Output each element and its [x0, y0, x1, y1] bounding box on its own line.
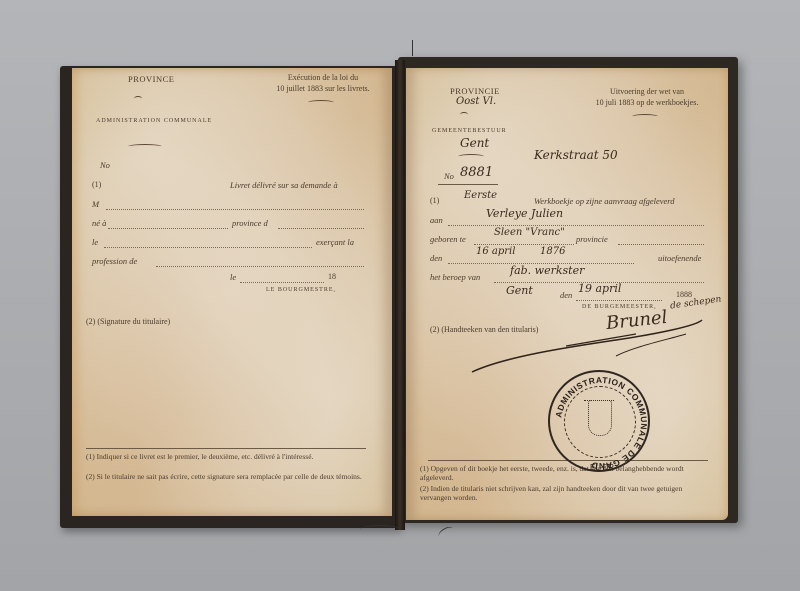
profession-field[interactable] [156, 266, 364, 267]
name-field[interactable] [448, 225, 704, 226]
province-field-label: provincie [576, 234, 608, 244]
flourish-ornament [632, 114, 658, 119]
ordinal-value: Eerste [464, 190, 497, 201]
mayor-label: LE BOURGMESTRE, [266, 287, 336, 293]
profession-label: het beroep van [430, 272, 480, 282]
footnote-marker-1: (1) [92, 180, 101, 189]
number-underline [438, 184, 498, 185]
province-field-label: province d [232, 218, 268, 228]
stamp-text-ring: ADMINISTRATION COMMUNALE DE GAND EL-DR [550, 372, 652, 474]
issue-date-value: 19 april [578, 282, 621, 295]
loose-thread [412, 40, 414, 56]
footnote-2: (2) Indien de titularis niet schrijven k… [420, 484, 712, 502]
svg-text:ADMINISTRATION COMMUNALE DE GA: ADMINISTRATION COMMUNALE DE GAND [553, 375, 649, 471]
stamp-bottom-text: EL-DR [590, 463, 614, 472]
flourish-ornament [128, 144, 162, 149]
left-page: PROVINCE Exécution de la loi du 10 juill… [72, 68, 392, 516]
den-label: den [430, 253, 442, 263]
birthplace-field[interactable] [108, 228, 228, 229]
province-value: Oost Vl. [456, 96, 496, 107]
number-label: No [444, 171, 454, 181]
issued-label: Werkboekje op zijne aanvraag afgeleverd [534, 196, 675, 206]
issued-label: Livret délivré sur sa demande à [230, 180, 338, 190]
province-field[interactable] [618, 244, 704, 245]
name-value: Verleye Julien [486, 207, 563, 220]
law-header-line1: Exécution de la loi du [268, 72, 378, 83]
flourish-ornament [458, 154, 484, 159]
law-header-line2: 10 juli 1883 op de werkboekjes. [582, 97, 712, 108]
flourish-ornament [308, 100, 334, 105]
stamp-text: ADMINISTRATION COMMUNALE DE GAND [553, 375, 649, 471]
footnote-marker-1: (1) [430, 196, 439, 205]
date-den-label: den [560, 290, 572, 300]
dash-ornament [134, 96, 142, 101]
date-field[interactable] [104, 247, 312, 248]
born-label: né à [92, 218, 106, 228]
municipality-value: Gent [460, 136, 489, 150]
number-label: No [100, 160, 110, 170]
exercising-label: uitoefenende [658, 253, 701, 263]
issue-date-field[interactable] [240, 282, 324, 283]
birth-year-value: 1876 [540, 246, 565, 257]
le-label: le [92, 237, 98, 247]
province-label: PROVINCE [128, 74, 175, 84]
m-label: M [92, 199, 99, 209]
year-prefix: 18 [328, 272, 336, 281]
address-value: Kerkstraat 50 [534, 148, 618, 162]
province-field[interactable] [278, 228, 364, 229]
aan-label: aan [430, 215, 443, 225]
born-label: geboren te [430, 234, 466, 244]
law-header-line1: Uitvoering der wet van [582, 86, 712, 97]
administration-label: ADMINISTRATION COMMUNALE [96, 118, 212, 124]
law-header-line2: 10 juillet 1883 sur les livrets. [268, 83, 378, 94]
exercising-label: exerçant la [316, 237, 354, 247]
number-value: 8881 [460, 165, 493, 180]
profession-value: fab. werkster [510, 264, 584, 277]
footnote-2: (2) Si le titulaire ne sait pas écrire, … [86, 472, 366, 481]
municipality-label: GEMEENTEBESTUUR [432, 128, 507, 134]
law-header: Exécution de la loi du 10 juillet 1883 s… [268, 72, 378, 94]
book-spine [395, 60, 405, 530]
footnote-divider [86, 448, 366, 449]
dash-ornament [460, 112, 468, 117]
birth-date-value: 16 april [476, 246, 515, 257]
profession-label: profession de [92, 256, 137, 266]
birthplace-field[interactable] [474, 244, 574, 245]
date-le-label: le [230, 272, 236, 282]
issue-date-field[interactable] [576, 300, 662, 301]
year-value: 1888 [676, 290, 692, 299]
law-header: Uitvoering der wet van 10 juli 1883 op d… [582, 86, 712, 108]
signature-label: (2) (Signature du titulaire) [86, 317, 170, 326]
municipal-stamp: ADMINISTRATION COMMUNALE DE GAND EL-DR [548, 370, 650, 472]
open-booklet: PROVINCE Exécution de la loi du 10 juill… [0, 0, 800, 591]
loose-thread [437, 525, 455, 541]
m-field[interactable] [106, 209, 364, 210]
province-label: PROVINCIE [450, 86, 500, 96]
loose-thread [360, 525, 400, 534]
signature-flourish [466, 316, 706, 376]
footnote-1: (1) Indiquer si ce livret est le premier… [86, 452, 366, 461]
place-value: Gent [506, 284, 533, 297]
birthplace-value: Sleen "Vranc" [494, 227, 565, 238]
